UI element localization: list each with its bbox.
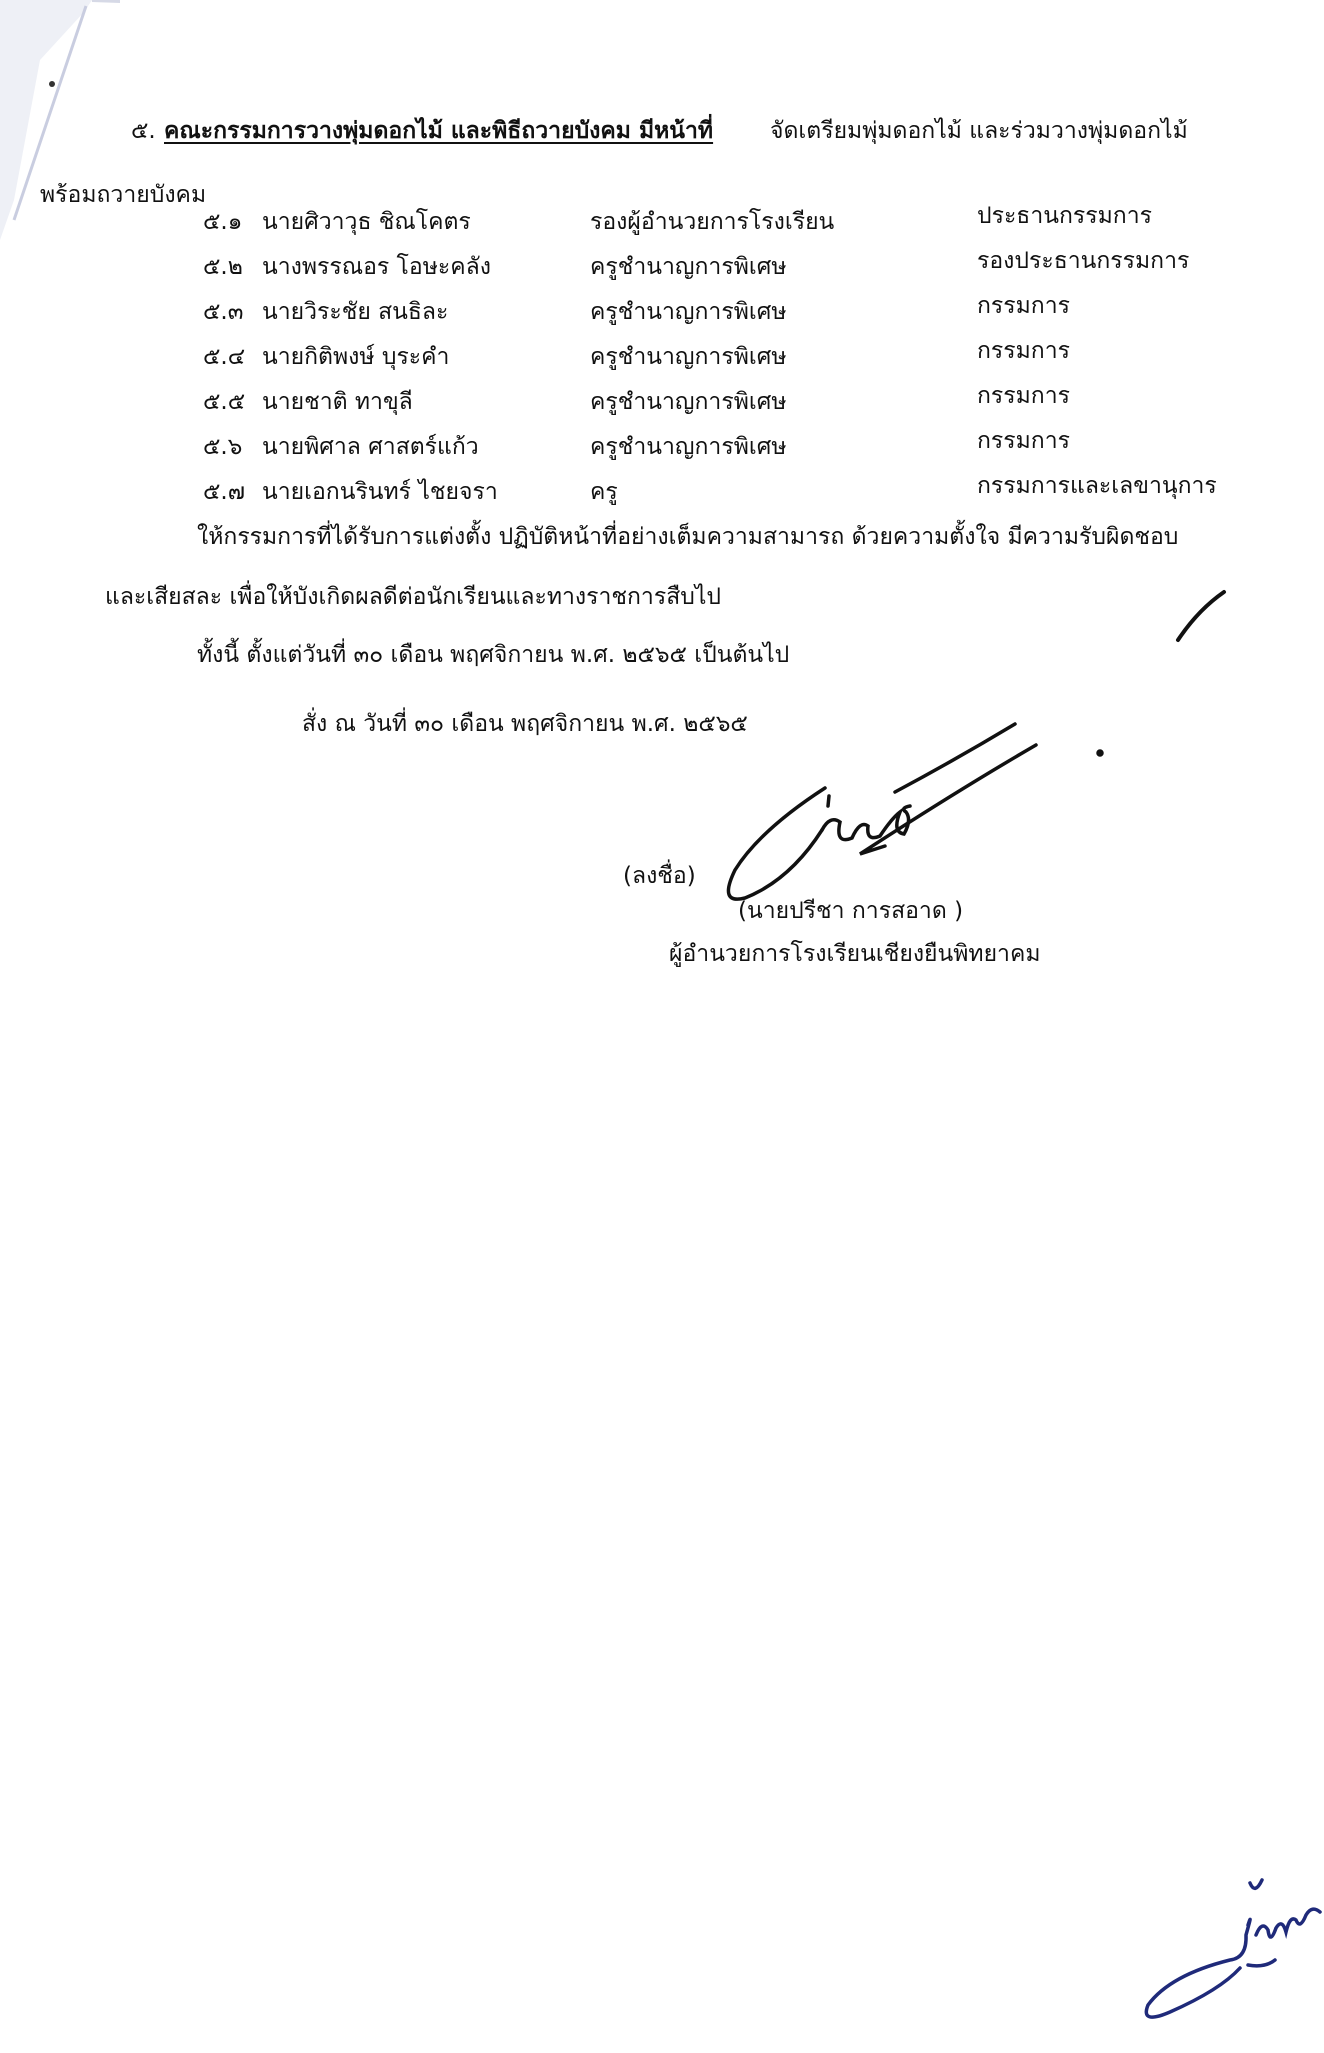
- member-name: นายวิระชัย สนธิละ: [262, 297, 448, 327]
- member-number: ๕.๗: [203, 477, 245, 507]
- sign-label: (ลงชื่อ): [623, 861, 696, 891]
- section-duty: จัดเตรียมพุ่มดอกไม้ และร่วมวางพุ่มดอกไม้: [770, 116, 1188, 146]
- member-role: กรรมการ: [977, 381, 1070, 411]
- check-slash-mark: [1178, 592, 1224, 640]
- member-position: ครูชำนาญการพิเศษ: [590, 432, 786, 462]
- member-role: ประธานกรรมการ: [977, 201, 1152, 231]
- member-role: กรรมการ: [977, 291, 1070, 321]
- member-name: นางพรรณอร โอษะคลัง: [262, 252, 491, 282]
- member-position: ครูชำนาญการพิเศษ: [590, 342, 786, 372]
- member-number: ๕.๔: [203, 342, 245, 372]
- member-name: นายกิติพงษ์ บุระคำ: [262, 342, 449, 372]
- member-position: ครูชำนาญการพิเศษ: [590, 387, 786, 417]
- member-name: นายศิวาวุธ ชิณโคตร: [262, 207, 471, 237]
- member-name: นายเอกนรินทร์ ไชยจรา: [262, 477, 498, 507]
- member-position: ครู: [590, 477, 618, 507]
- section-number: ๕.: [131, 116, 156, 146]
- member-role: รองประธานกรรมการ: [977, 246, 1189, 276]
- closing-paragraph-line1: ให้กรรมการที่ได้รับการแต่งตั้ง ปฏิบัติหน…: [197, 522, 1178, 552]
- member-position: ครูชำนาญการพิเศษ: [590, 297, 786, 327]
- member-name: นายชาติ ทาขุลี: [262, 387, 413, 417]
- member-role: กรรมการ: [977, 426, 1070, 456]
- scan-fold-shadow: [0, 0, 120, 260]
- closing-paragraph-line2: และเสียสละ เพื่อให้บังเกิดผลดีต่อนักเรีย…: [105, 582, 721, 612]
- member-number: ๕.๓: [203, 297, 243, 327]
- effective-date: ทั้งนี้ ตั้งแต่วันที่ ๓๐ เดือน พฤศจิกายน…: [197, 640, 789, 670]
- section-duty-continuation: พร้อมถวายบังคม: [40, 180, 206, 210]
- member-role: กรรมการและเลขานุการ: [977, 471, 1217, 501]
- member-number: ๕.๕: [203, 387, 245, 417]
- director-signature: [728, 724, 1102, 899]
- member-number: ๕.๖: [203, 432, 242, 462]
- member-number: ๕.๒: [203, 252, 243, 282]
- signer-name: (นายปรีชา การสอาด ): [738, 896, 963, 926]
- section-title: คณะกรรมการวางพุ่มดอกไม้ และพิธีถวายบังคม…: [164, 116, 713, 146]
- initials-signature: [1146, 1880, 1320, 2017]
- member-position: รองผู้อำนวยการโรงเรียน: [590, 207, 834, 237]
- order-date: สั่ง ณ วันที่ ๓๐ เดือน พฤศจิกายน พ.ศ. ๒๕…: [302, 709, 748, 739]
- member-name: นายพิศาล ศาสตร์แก้ว: [262, 432, 479, 462]
- member-number: ๕.๑: [203, 207, 242, 237]
- member-position: ครูชำนาญการพิเศษ: [590, 252, 786, 282]
- member-role: กรรมการ: [977, 336, 1070, 366]
- signer-title: ผู้อำนวยการโรงเรียนเชียงยืนพิทยาคม: [669, 939, 1041, 969]
